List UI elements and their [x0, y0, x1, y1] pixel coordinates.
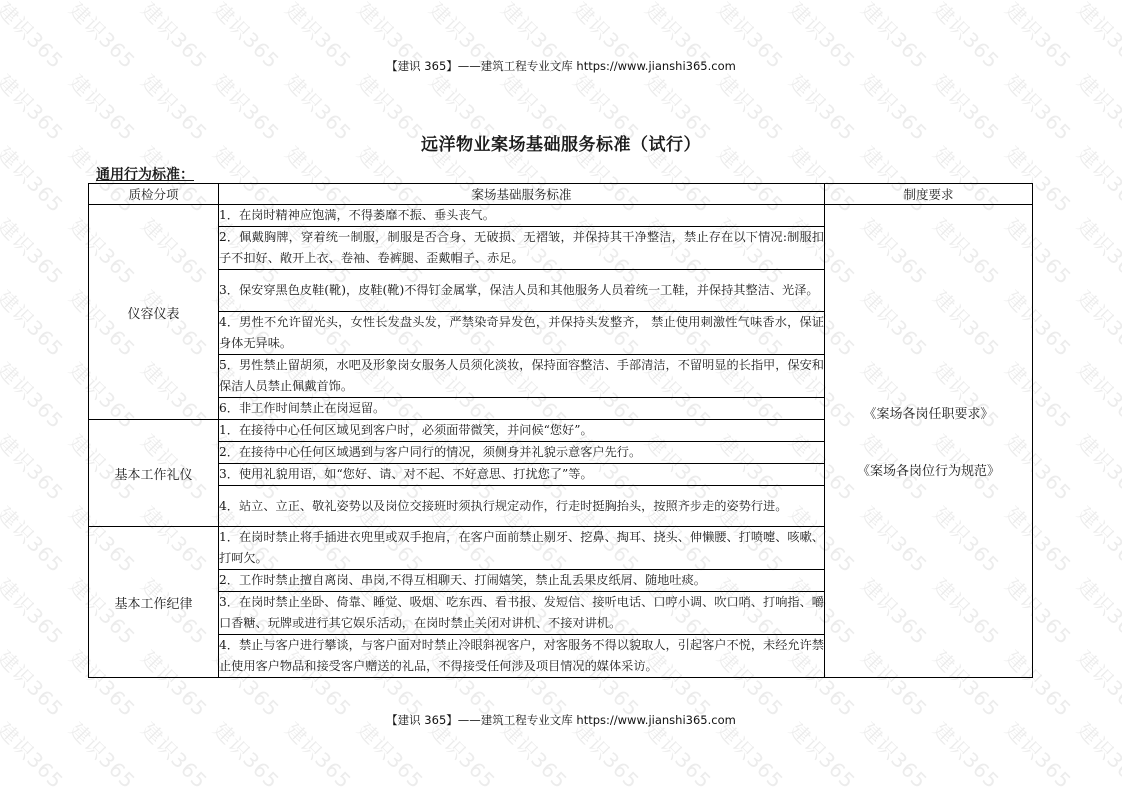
page-footer: 【建识 365】——建筑工程专业文库 https://www.jianshi36…	[0, 712, 1122, 728]
watermark-text: 建识365	[0, 499, 71, 578]
watermark-text: 建识365	[1072, 571, 1122, 650]
standard-item: 4．男性不允许留光头，女性长发盘头发，严禁染奇异发色，并保持头发整齐， 禁止使用…	[219, 312, 825, 355]
watermark-text: 建识365	[1072, 283, 1122, 362]
standard-item: 2．佩戴胸牌，穿着统一制服，制服是否合身、无破损、无褶皱，并保持其干净整洁，禁止…	[219, 227, 825, 270]
watermark-text: 建识365	[1072, 643, 1122, 722]
page-header: 【建识 365】——建筑工程专业文库 https://www.jianshi36…	[0, 58, 1122, 74]
category-cell: 仪容仪表	[89, 205, 219, 420]
header-requirement: 制度要求	[825, 184, 1033, 205]
watermark-text: 建识365	[1072, 427, 1122, 506]
standard-item: 4．禁止与客户进行攀谈，与客户面对时禁止冷眼斜视客户，对客服务不得以貌取人，引起…	[219, 635, 825, 678]
watermark-text: 建识365	[0, 211, 71, 290]
standard-item: 2．工作时禁止擅自离岗、串岗,不得互相聊天、打闹嬉笑，禁止乱丢果皮纸屑、随地吐痰…	[219, 570, 825, 592]
watermark-text: 建识365	[1072, 355, 1122, 434]
table-row: 仪容仪表 1．在岗时精神应饱满，不得萎靡不振、垂头丧气。 《案场各岗任职要求》 …	[89, 205, 1033, 227]
watermark-text: 建识365	[0, 571, 71, 650]
table-header-row: 质检分项 案场基础服务标准 制度要求	[89, 184, 1033, 205]
watermark-text: 建识365	[1072, 499, 1122, 578]
standard-item: 2．在接待中心任何区域遇到与客户同行的情况，须侧身并礼貌示意客户先行。	[219, 442, 825, 464]
standard-item: 1．在岗时禁止将手插进衣兜里或双手抱肩，在客户面前禁止剔牙、挖鼻、掏耳、挠头、伸…	[219, 527, 825, 570]
watermark-text: 建识365	[1072, 211, 1122, 290]
standards-table: 质检分项 案场基础服务标准 制度要求 仪容仪表 1．在岗时精神应饱满，不得萎靡不…	[88, 183, 1033, 678]
standard-item: 3．使用礼貌用语，如“您好、请、对不起、不好意思、打扰您了”等。	[219, 464, 825, 486]
requirement-doc-1: 《案场各岗任职要求》	[825, 403, 1032, 422]
standard-item: 6．非工作时间禁止在岗逗留。	[219, 398, 825, 420]
requirement-spacer	[825, 422, 1032, 460]
requirement-cell: 《案场各岗任职要求》 《案场各岗位行为规范》	[825, 205, 1033, 678]
standard-item: 3．在岗时禁止坐卧、倚靠、睡觉、吸烟、吃东西、看书报、发短信、接听电话、口哼小调…	[219, 592, 825, 635]
watermark-text: 建识365	[0, 355, 71, 434]
watermark-text: 建识365	[0, 643, 71, 722]
watermark-text: 建识365	[0, 427, 71, 506]
standard-item: 1．在接待中心任何区域见到客户时，必须面带微笑，并问候“您好”。	[219, 420, 825, 442]
category-cell: 基本工作礼仪	[89, 420, 219, 527]
section-heading: 通用行为标准：	[96, 164, 194, 184]
standard-item: 1．在岗时精神应饱满，不得萎靡不振、垂头丧气。	[219, 205, 825, 227]
document-title: 远洋物业案场基础服务标准（试行）	[0, 130, 1122, 155]
header-category: 质检分项	[89, 184, 219, 205]
category-cell: 基本工作纪律	[89, 527, 219, 678]
header-standard: 案场基础服务标准	[219, 184, 825, 205]
standard-item: 4．站立、立正、敬礼姿势以及岗位交接班时须执行规定动作，行走时挺胸抬头，按照齐步…	[219, 486, 825, 527]
standard-item: 5．男性禁止留胡须，水吧及形象岗女服务人员须化淡妆，保持面容整洁、手部清洁，不留…	[219, 355, 825, 398]
requirement-doc-2: 《案场各岗位行为规范》	[825, 460, 1032, 479]
standard-item: 3．保安穿黑色皮鞋(靴)，皮鞋(靴)不得钉金属掌，保洁人员和其他服务人员着统一工…	[219, 270, 825, 312]
watermark-text: 建识365	[0, 283, 71, 362]
